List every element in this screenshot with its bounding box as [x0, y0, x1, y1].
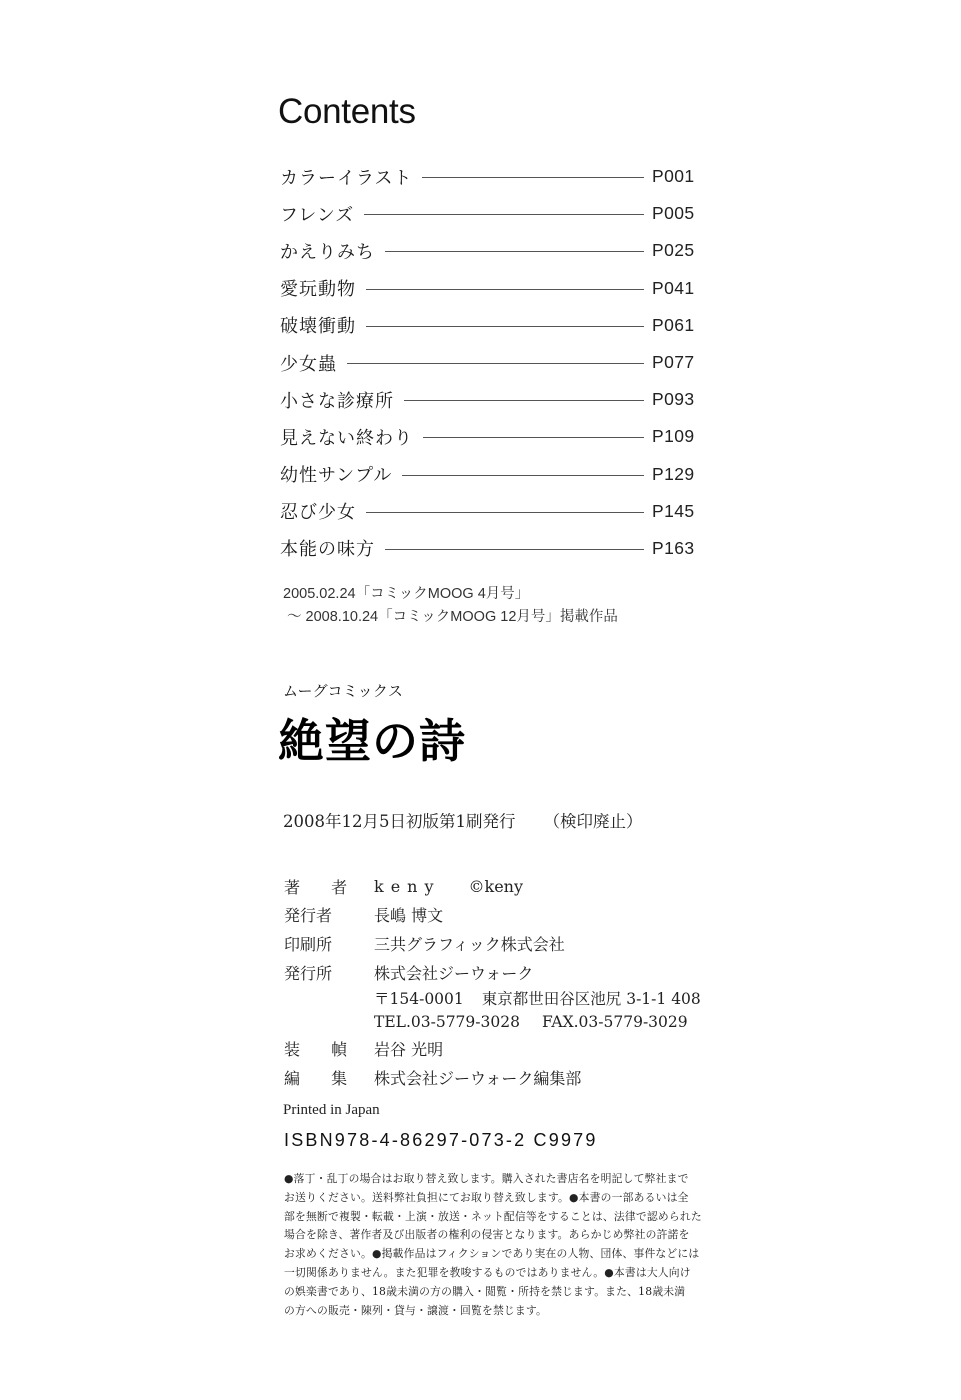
notice-line: お送りください。送料弊社負担にてお取り替え致します。●本書の一部あるいは全 [284, 1189, 724, 1208]
toc-entry: フレンズ P005 [280, 195, 700, 232]
design-value: 岩谷 光明 [374, 1037, 443, 1060]
serialization-info: 2005.02.24「コミックMOOG 4月号」 ～ 2008.10.24「コミ… [283, 583, 618, 629]
colophon-table: 著 者 keny©keny 発行者 長嶋 博文 印刷所 三共グラフィック株式会社… [284, 872, 701, 1092]
notice-line: 部を無断で複製・転載・上演・放送・ネット配信等をすることは、法律で認められた [284, 1208, 724, 1227]
fax-number: FAX.03-5779-3029 [542, 1013, 688, 1031]
author-name: keny [374, 877, 441, 896]
toc-entry-page: P109 [652, 426, 700, 447]
toc-entry-page: P005 [652, 203, 700, 224]
printer-value: 三共グラフィック株式会社 [374, 932, 565, 955]
toc-leader-line [423, 437, 644, 438]
colophon-row-editor: 編 集 株式会社ジーウォーク編集部 [284, 1063, 701, 1092]
toc-entry-page: P025 [652, 240, 700, 261]
author-copyright: ©keny [469, 877, 524, 896]
imprint-label: ムーグコミックス [283, 680, 403, 701]
colophon-row-publishing-house: 発行所 株式会社ジーウォーク [284, 958, 701, 987]
table-of-contents: カラーイラスト P001 フレンズ P005 かえりみち P025 愛玩動物 P… [280, 158, 700, 567]
toc-entry: 愛玩動物 P041 [280, 270, 700, 307]
toc-leader-line [402, 475, 644, 476]
toc-entry-page: P041 [652, 278, 700, 299]
toc-leader-line [404, 400, 644, 401]
toc-entry-title: 見えない終わり [280, 424, 413, 450]
toc-entry: 見えない終わり P109 [280, 418, 700, 455]
toc-entry-title: 破壊衝動 [280, 312, 356, 338]
edition-date: 2008年12月5日初版第1刷発行 [283, 812, 515, 831]
stamp-note: （検印廃止） [543, 812, 642, 831]
toc-entry-page: P145 [652, 501, 700, 522]
serialization-end: ～ 2008.10.24「コミックMOOG 12月号」掲載作品 [283, 606, 618, 629]
toc-leader-line [364, 214, 644, 215]
notice-line: の方への販売・陳列・貸与・譲渡・回覧を禁じます。 [284, 1302, 724, 1321]
toc-entry-title: 本能の味方 [280, 535, 375, 561]
serialization-start: 2005.02.24「コミックMOOG 4月号」 [283, 583, 618, 606]
street-address: 東京都世田谷区池尻 3-1-1 408 [482, 990, 701, 1008]
toc-entry-page: P129 [652, 464, 700, 485]
toc-leader-line [385, 251, 644, 252]
colophon-row-publisher: 発行者 長嶋 博文 [284, 901, 701, 930]
toc-leader-line [347, 363, 644, 364]
toc-leader-line [366, 289, 644, 290]
toc-entry-page: P093 [652, 389, 700, 410]
colophon-row-address: 〒154-0001東京都世田谷区池尻 3-1-1 408 [284, 986, 701, 1010]
author-value: keny©keny [374, 877, 523, 896]
notice-line: お求めください。●掲載作品はフィクションであり実在の人物、団体、事件などには [284, 1245, 724, 1264]
toc-leader-line [422, 177, 644, 178]
toc-entry: 忍び少女 P145 [280, 493, 700, 530]
printer-label: 印刷所 [284, 932, 374, 955]
toc-entry: 本能の味方 P163 [280, 530, 700, 567]
toc-entry-title: カラーイラスト [280, 164, 412, 190]
publishing-house-label: 発行所 [284, 961, 374, 984]
colophon-page: Contents カラーイラスト P001 フレンズ P005 かえりみち P0… [0, 0, 961, 1400]
editor-label: 編 集 [284, 1066, 374, 1089]
contents-heading: Contents [278, 92, 416, 132]
toc-entry-title: 忍び少女 [280, 498, 356, 524]
author-label: 著 者 [284, 875, 374, 898]
toc-entry-title: かえりみち [280, 238, 375, 264]
tel-number: TEL.03-5779-3028 [374, 1013, 520, 1031]
toc-entry: カラーイラスト P001 [280, 158, 700, 195]
toc-entry-page: P001 [652, 166, 700, 187]
publisher-label: 発行者 [284, 903, 374, 926]
notice-line: の娯楽書であり、18歳未満の方の購入・閲覧・所持を禁じます。また、18歳未満 [284, 1283, 724, 1302]
toc-entry-page: P077 [652, 352, 700, 373]
toc-entry-title: 少女蟲 [280, 350, 337, 376]
book-title: 絶望の詩 [278, 712, 466, 770]
toc-entry: 幼性サンプル P129 [280, 456, 700, 493]
editor-value: 株式会社ジーウォーク編集部 [374, 1066, 581, 1089]
toc-entry: かえりみち P025 [280, 232, 700, 269]
toc-entry-page: P061 [652, 315, 700, 336]
toc-entry-title: フレンズ [280, 201, 354, 227]
toc-entry-page: P163 [652, 538, 700, 559]
toc-entry-title: 小さな診療所 [280, 387, 394, 413]
printed-in: Printed in Japan [283, 1102, 380, 1119]
colophon-row-author: 著 者 keny©keny [284, 872, 701, 901]
toc-entry: 少女蟲 P077 [280, 344, 700, 381]
postal-code: 〒154-0001 [374, 990, 464, 1008]
legal-notice: ●落丁・乱丁の場合はお取り替え致します。購入された書店名を明記して弊社まで お送… [284, 1170, 724, 1320]
design-label: 装 幀 [284, 1037, 374, 1060]
toc-leader-line [366, 326, 644, 327]
address-value: 〒154-0001東京都世田谷区池尻 3-1-1 408 [374, 987, 701, 1009]
notice-line: 場合を除き、著作者及び出版者の権利の侵害となります。あらかじめ弊社の許諾を [284, 1226, 724, 1245]
colophon-row-design: 装 幀 岩谷 光明 [284, 1034, 701, 1063]
publisher-value: 長嶋 博文 [374, 903, 443, 926]
colophon-row-printer: 印刷所 三共グラフィック株式会社 [284, 929, 701, 958]
toc-entry: 破壊衝動 P061 [280, 307, 700, 344]
isbn-code: ISBN978-4-86297-073-2 C9979 [284, 1130, 598, 1151]
toc-leader-line [366, 512, 644, 513]
edition-line: 2008年12月5日初版第1刷発行（検印廃止） [283, 808, 642, 832]
contact-value: TEL.03-5779-3028FAX.03-5779-3029 [374, 1013, 688, 1031]
toc-entry-title: 愛玩動物 [280, 275, 356, 301]
toc-entry-title: 幼性サンプル [280, 461, 392, 487]
toc-leader-line [385, 549, 644, 550]
notice-line: 一切関係ありません。また犯罪を教唆するものではありません。●本書は大人向け [284, 1264, 724, 1283]
notice-line: ●落丁・乱丁の場合はお取り替え致します。購入された書店名を明記して弊社まで [284, 1170, 724, 1189]
colophon-row-contact: TEL.03-5779-3028FAX.03-5779-3029 [284, 1010, 701, 1034]
publishing-house-value: 株式会社ジーウォーク [374, 961, 533, 984]
toc-entry: 小さな診療所 P093 [280, 381, 700, 418]
